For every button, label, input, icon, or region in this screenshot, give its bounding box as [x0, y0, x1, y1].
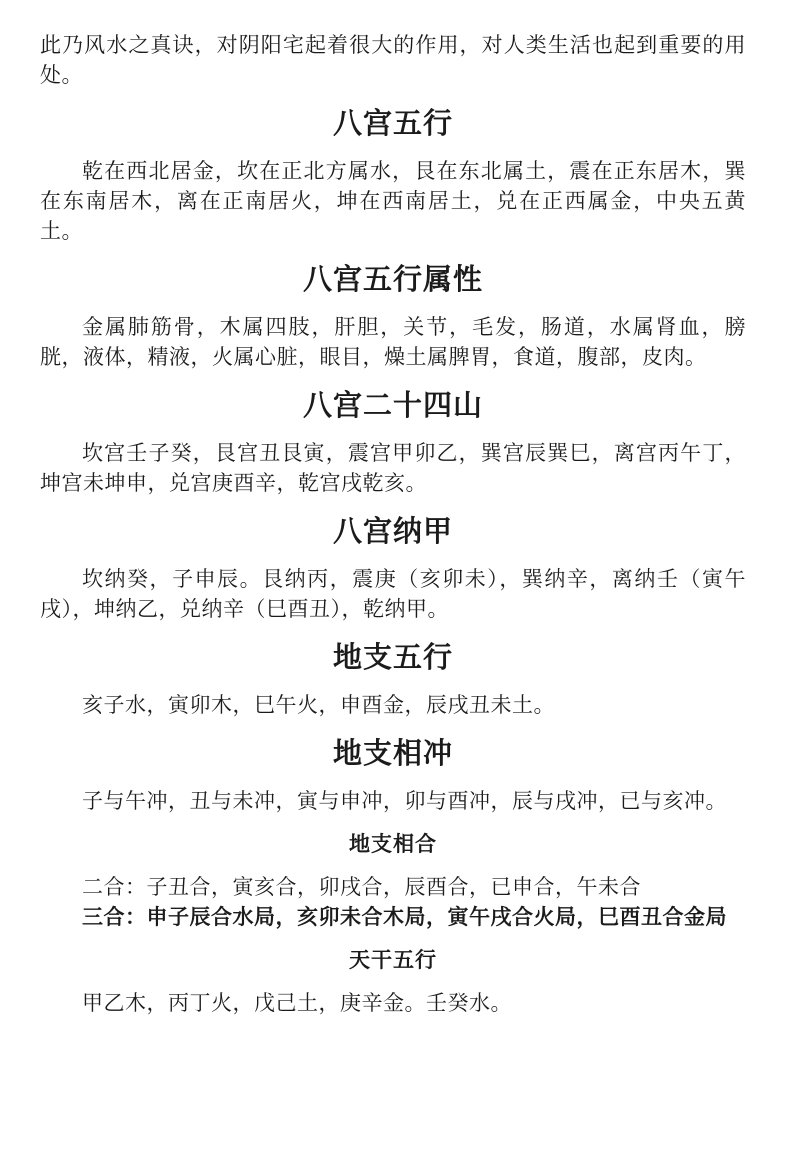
section-heading-tiangan-wuxing: 天干五行 [40, 946, 746, 974]
paragraph-intro: 此乃风水之真诀，对阴阳宅起着很大的作用，对人类生活也起到重要的用处。 [40, 30, 746, 90]
section-heading-wuxing-shuxing: 八宫五行属性 [40, 262, 746, 298]
paragraph-sanhe: 三合：申子辰合水局，亥卯未合木局，寅午戌合火局，巳酉丑合金局 [40, 902, 746, 932]
paragraph-wuxing-shuxing: 金属肺筋骨，木属四肢，肝胆，关节，毛发，肠道，水属肾血，膀胱，液体，精液，火属心… [40, 312, 746, 372]
section-heading-bagong-najia: 八宫纳甲 [40, 514, 746, 550]
paragraph-ershisi-shan: 坎宫壬子癸，艮宫丑艮寅，震宫甲卯乙，巽宫辰巽巳，离宫丙午丁，坤宫未坤申，兑宫庚酉… [40, 438, 746, 498]
section-heading-bagong-wuxing: 八宫五行 [40, 106, 746, 142]
paragraph-dizhi-xiangchong: 子与午冲，丑与未冲，寅与申冲，卯与酉冲，辰与戌冲，已与亥冲。 [40, 786, 746, 816]
section-heading-dizhi-xianghe: 地支相合 [40, 830, 746, 858]
paragraph-tiangan-wuxing: 甲乙木，丙丁火，戊己土，庚辛金。壬癸水。 [40, 988, 746, 1018]
section-heading-ershisi-shan: 八宫二十四山 [40, 388, 746, 424]
section-heading-dizhi-wuxing: 地支五行 [40, 640, 746, 676]
paragraph-bagong-wuxing: 乾在西北居金，坎在正北方属水，艮在东北属土，震在正东居木，巽在东南居木，离在正南… [40, 156, 746, 246]
paragraph-erhe: 二合：子丑合，寅亥合，卯戌合，辰酉合，已申合，午未合 [40, 872, 746, 902]
paragraph-dizhi-wuxing: 亥子水，寅卯木，巳午火，申酉金，辰戌丑未土。 [40, 690, 746, 720]
section-heading-dizhi-xiangchong: 地支相冲 [40, 736, 746, 772]
document-page: 此乃风水之真诀，对阴阳宅起着很大的作用，对人类生活也起到重要的用处。 八宫五行 … [0, 0, 786, 1149]
paragraph-bagong-najia: 坎纳癸，子申辰。艮纳丙，震庚（亥卯未），巽纳辛，离纳壬（寅午戌），坤纳乙，兑纳辛… [40, 564, 746, 624]
